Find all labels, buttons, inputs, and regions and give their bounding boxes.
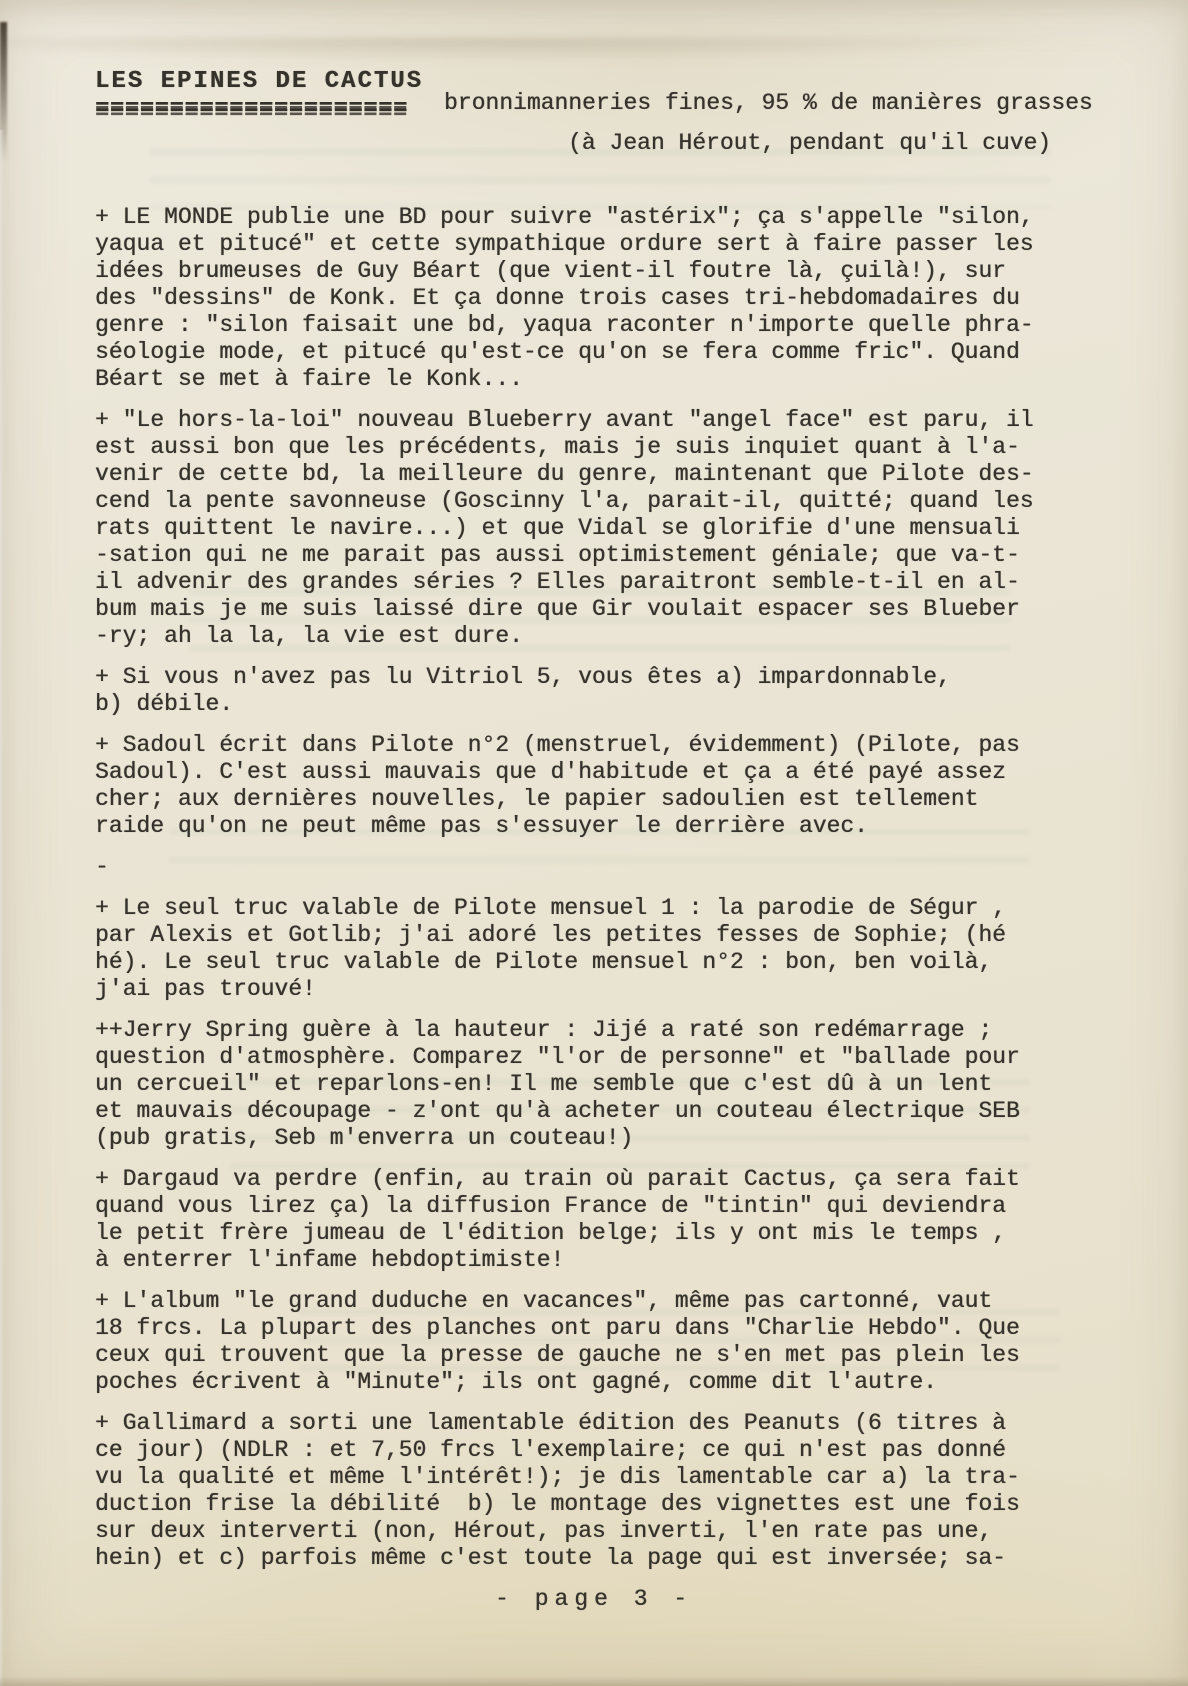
ink-bleedthrough (150, 150, 1050, 208)
title-underline: ===================== (95, 96, 408, 123)
body-text: + LE MONDE publie une BD pour suivre "as… (95, 204, 1105, 1586)
paragraph-pilote-mensuel: + Le seul truc valable de Pilote mensuel… (95, 895, 1105, 1003)
paragraph-blueberry: + "Le hors-la-loi" nouveau Blueberry ava… (95, 407, 1105, 650)
paragraph-gallimard: + Gallimard a sorti une lamentable éditi… (95, 1410, 1105, 1572)
scanned-fanzine-page: LES EPINES DE CACTUS ===================… (0, 0, 1188, 1686)
scan-edge-bottom (0, 1676, 1188, 1686)
paragraph-le-monde: + LE MONDE publie une BD pour suivre "as… (95, 204, 1105, 393)
paper-crease (0, 38, 1188, 72)
paragraph-dargaud: + Dargaud va perdre (enfin, au train où … (95, 1166, 1105, 1274)
page-number: - page 3 - (0, 1586, 1188, 1612)
paper-edge-highlight (0, 130, 4, 1686)
zine-subtitle: bronnimanneries fines, 95 % de manières … (444, 90, 1093, 116)
stray-dash: - (95, 854, 1105, 881)
dedication-line: (à Jean Hérout, pendant qu'il cuve) (568, 130, 1051, 156)
paragraph-vitriol: + Si vous n'avez pas lu Vitriol 5, vous … (95, 664, 1105, 718)
paragraph-sadoul: + Sadoul écrit dans Pilote n°2 (menstrue… (95, 732, 1105, 840)
paragraph-duduche: + L'album "le grand duduche en vacances"… (95, 1288, 1105, 1396)
zine-title: LES EPINES DE CACTUS (95, 68, 423, 95)
paragraph-jerry-spring: ++Jerry Spring guère à la hauteur : Jijé… (95, 1017, 1105, 1152)
